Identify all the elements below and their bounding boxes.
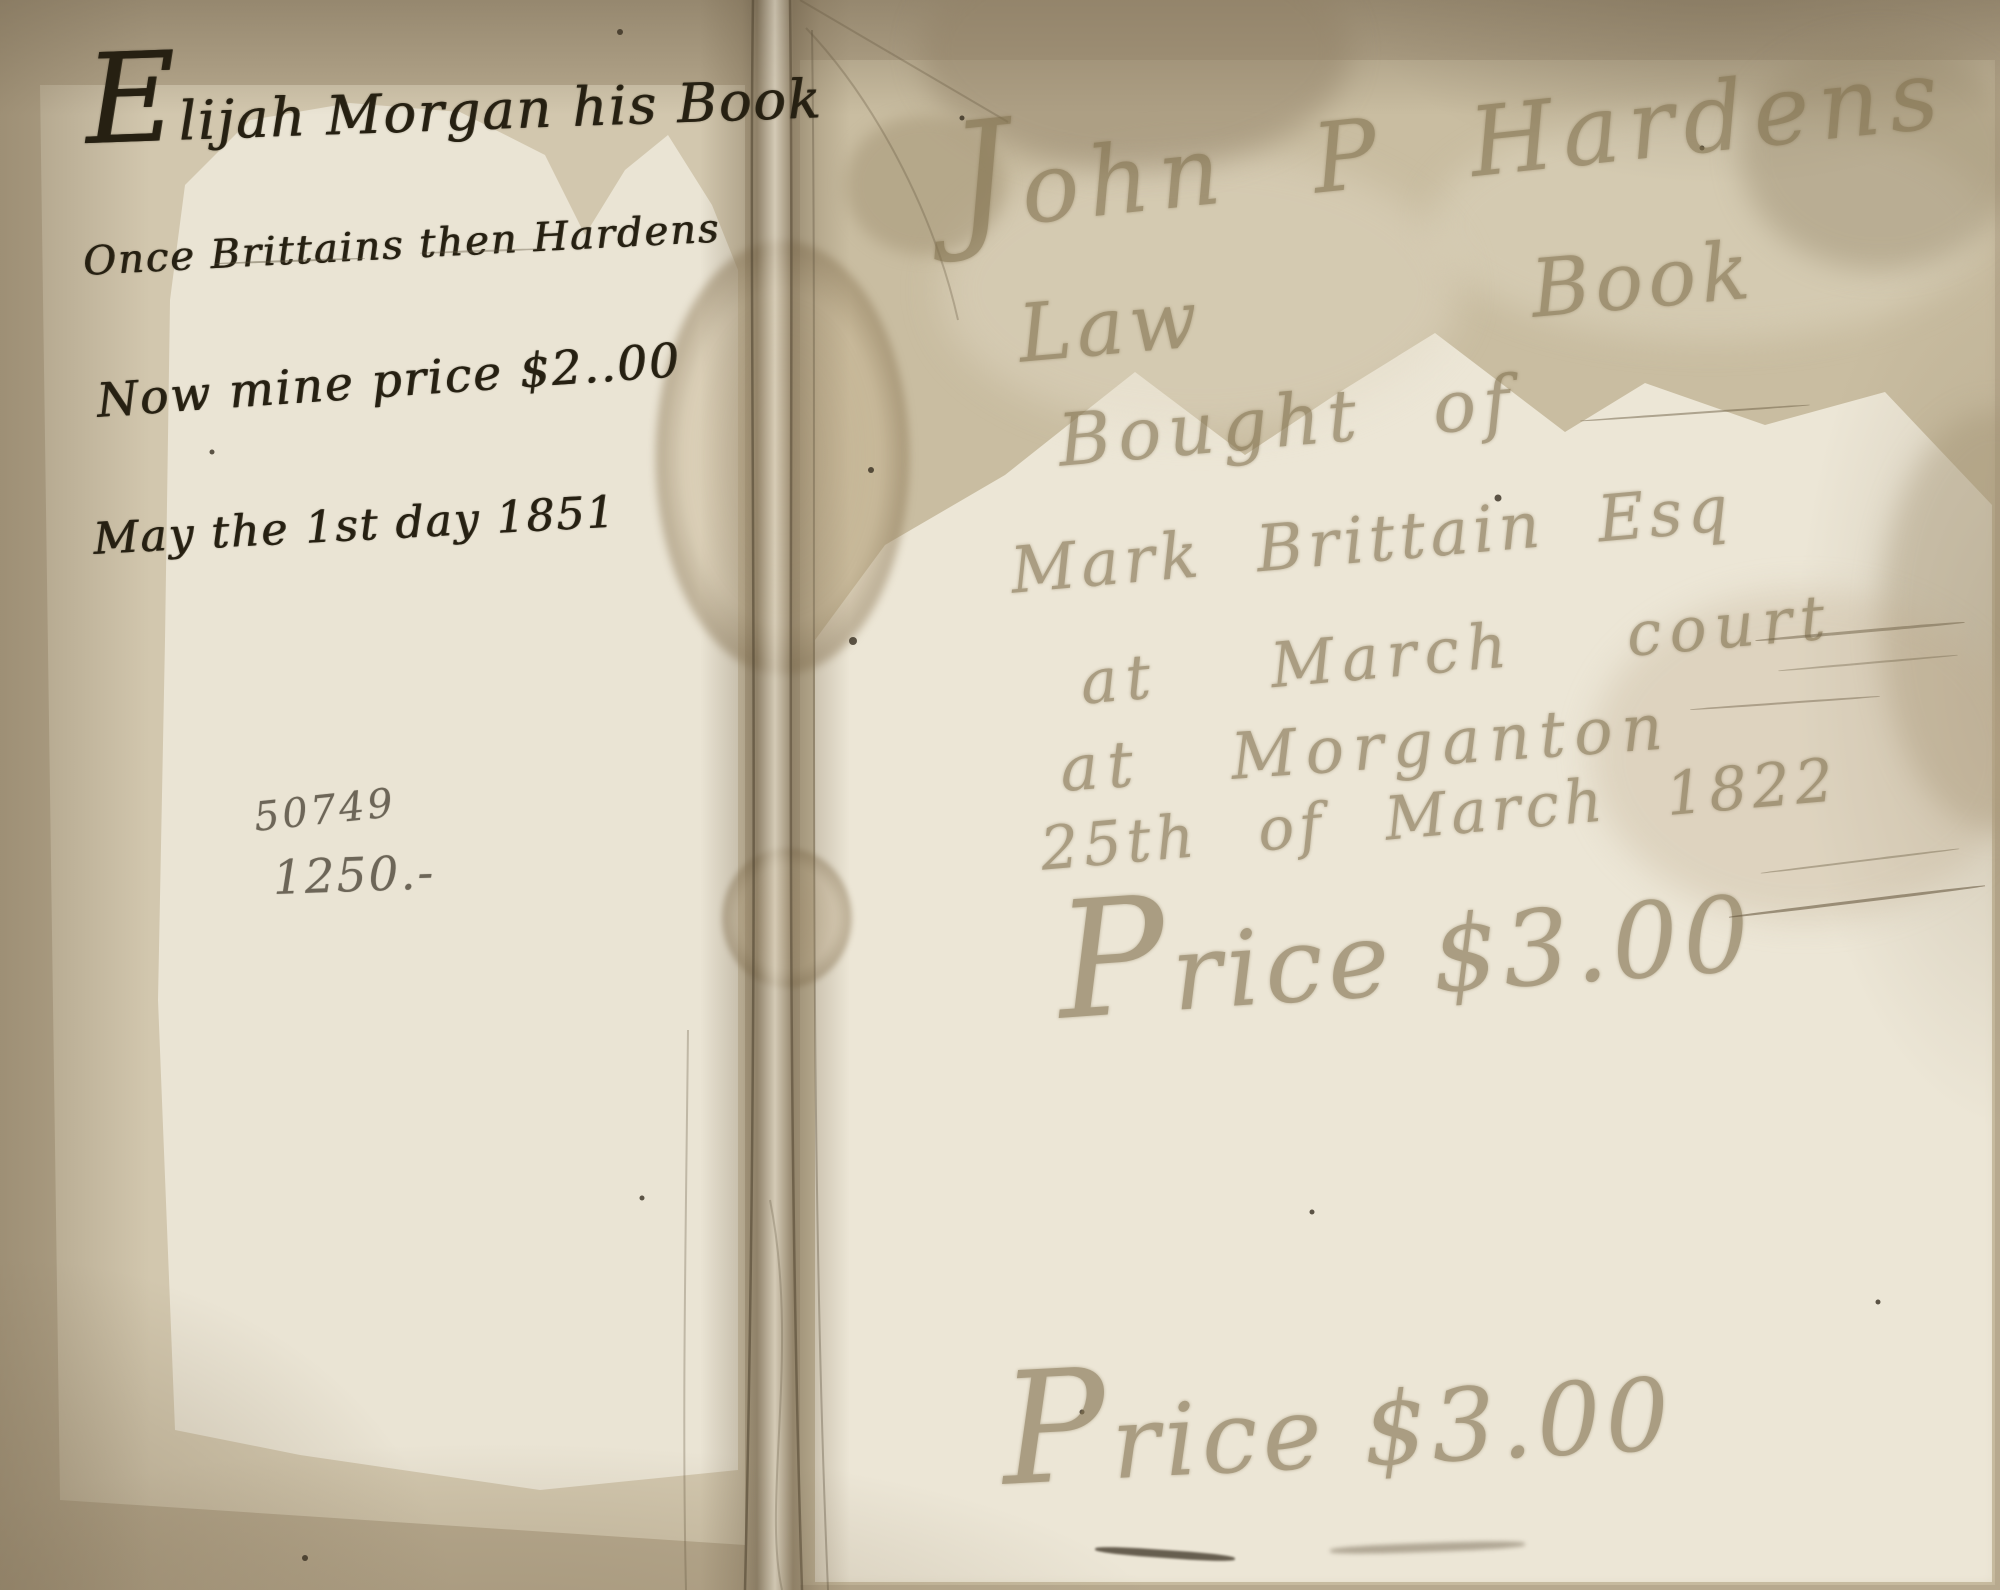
pencil-price: 1250.- (272, 849, 436, 902)
book-endpaper-photo: Elijah Morgan his Book Once Brittains th… (0, 0, 2000, 1590)
